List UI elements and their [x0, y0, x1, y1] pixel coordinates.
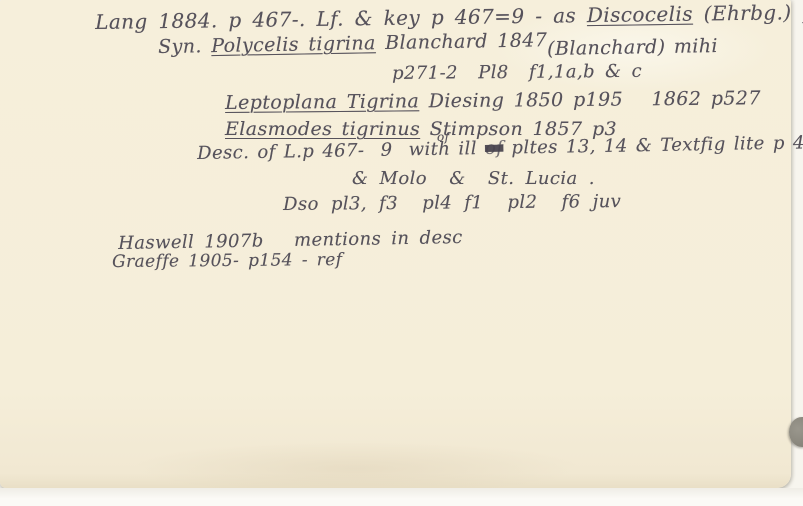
line-3-pages-plate: p271-2 Pl8 f1,1a,b & c [392, 61, 642, 84]
text-segment: Elasmodes tigrinus [225, 118, 420, 140]
text-segment: Discocelis [587, 2, 693, 27]
text-segment: Diesing 1850 p195 1862 p527 [419, 87, 761, 112]
line-2-syn-polycelis: Syn. Polycelis tigrina Blanchard 1847 [158, 29, 547, 58]
handwriting-layer: Lang 1884. p 467-. Lf. & key p 467=9 - a… [0, 0, 791, 488]
text-segment: (Blanchard) mihi [547, 35, 718, 60]
line-7-localities: & Molo & St. Lucia . [352, 168, 595, 189]
text-segment: (Ehrbg.) [693, 0, 803, 26]
line-1-lang-1884: Lang 1884. p 467-. Lf. & key p 467=9 - a… [95, 0, 803, 34]
text-segment: Leptoplana Tigrina [225, 90, 419, 114]
line-6-superscript-correction: of [437, 130, 449, 144]
text-segment: Graeffe 1905- p154 - ref [112, 250, 342, 272]
text-segment: pltes 13, 14 & Textfig lite p 469. [503, 132, 803, 159]
text-segment: Blanchard 1847 [376, 29, 548, 54]
line-4-leptoplana: Leptoplana Tigrina Diesing 1850 p195 186… [225, 87, 761, 114]
line-8-plate-figures: Dso pl3, f3 pl4 f1 pl2 f6 juv [283, 191, 621, 215]
text-segment: of [485, 138, 504, 159]
scan-background-strip [0, 488, 803, 506]
scanned-page: Lang 1884. p 467-. Lf. & key p 467=9 - a… [0, 0, 803, 506]
scanner-clip-artifact [789, 417, 803, 447]
text-segment: & Molo & St. Lucia . [352, 168, 595, 189]
line-2b-blanchard-mihi: (Blanchard) mihi [547, 35, 718, 60]
text-segment: Polycelis tigrina [211, 32, 376, 57]
text-segment: of [437, 130, 449, 144]
text-segment: Dso pl3, f3 pl4 f1 pl2 f6 juv [283, 191, 621, 215]
index-card: Lang 1884. p 467-. Lf. & key p 467=9 - a… [0, 0, 791, 488]
line-10-graeffe: Graeffe 1905- p154 - ref [112, 250, 342, 272]
text-segment: p271-2 Pl8 f1,1a,b & c [392, 61, 642, 84]
text-segment: Syn. [158, 35, 211, 58]
